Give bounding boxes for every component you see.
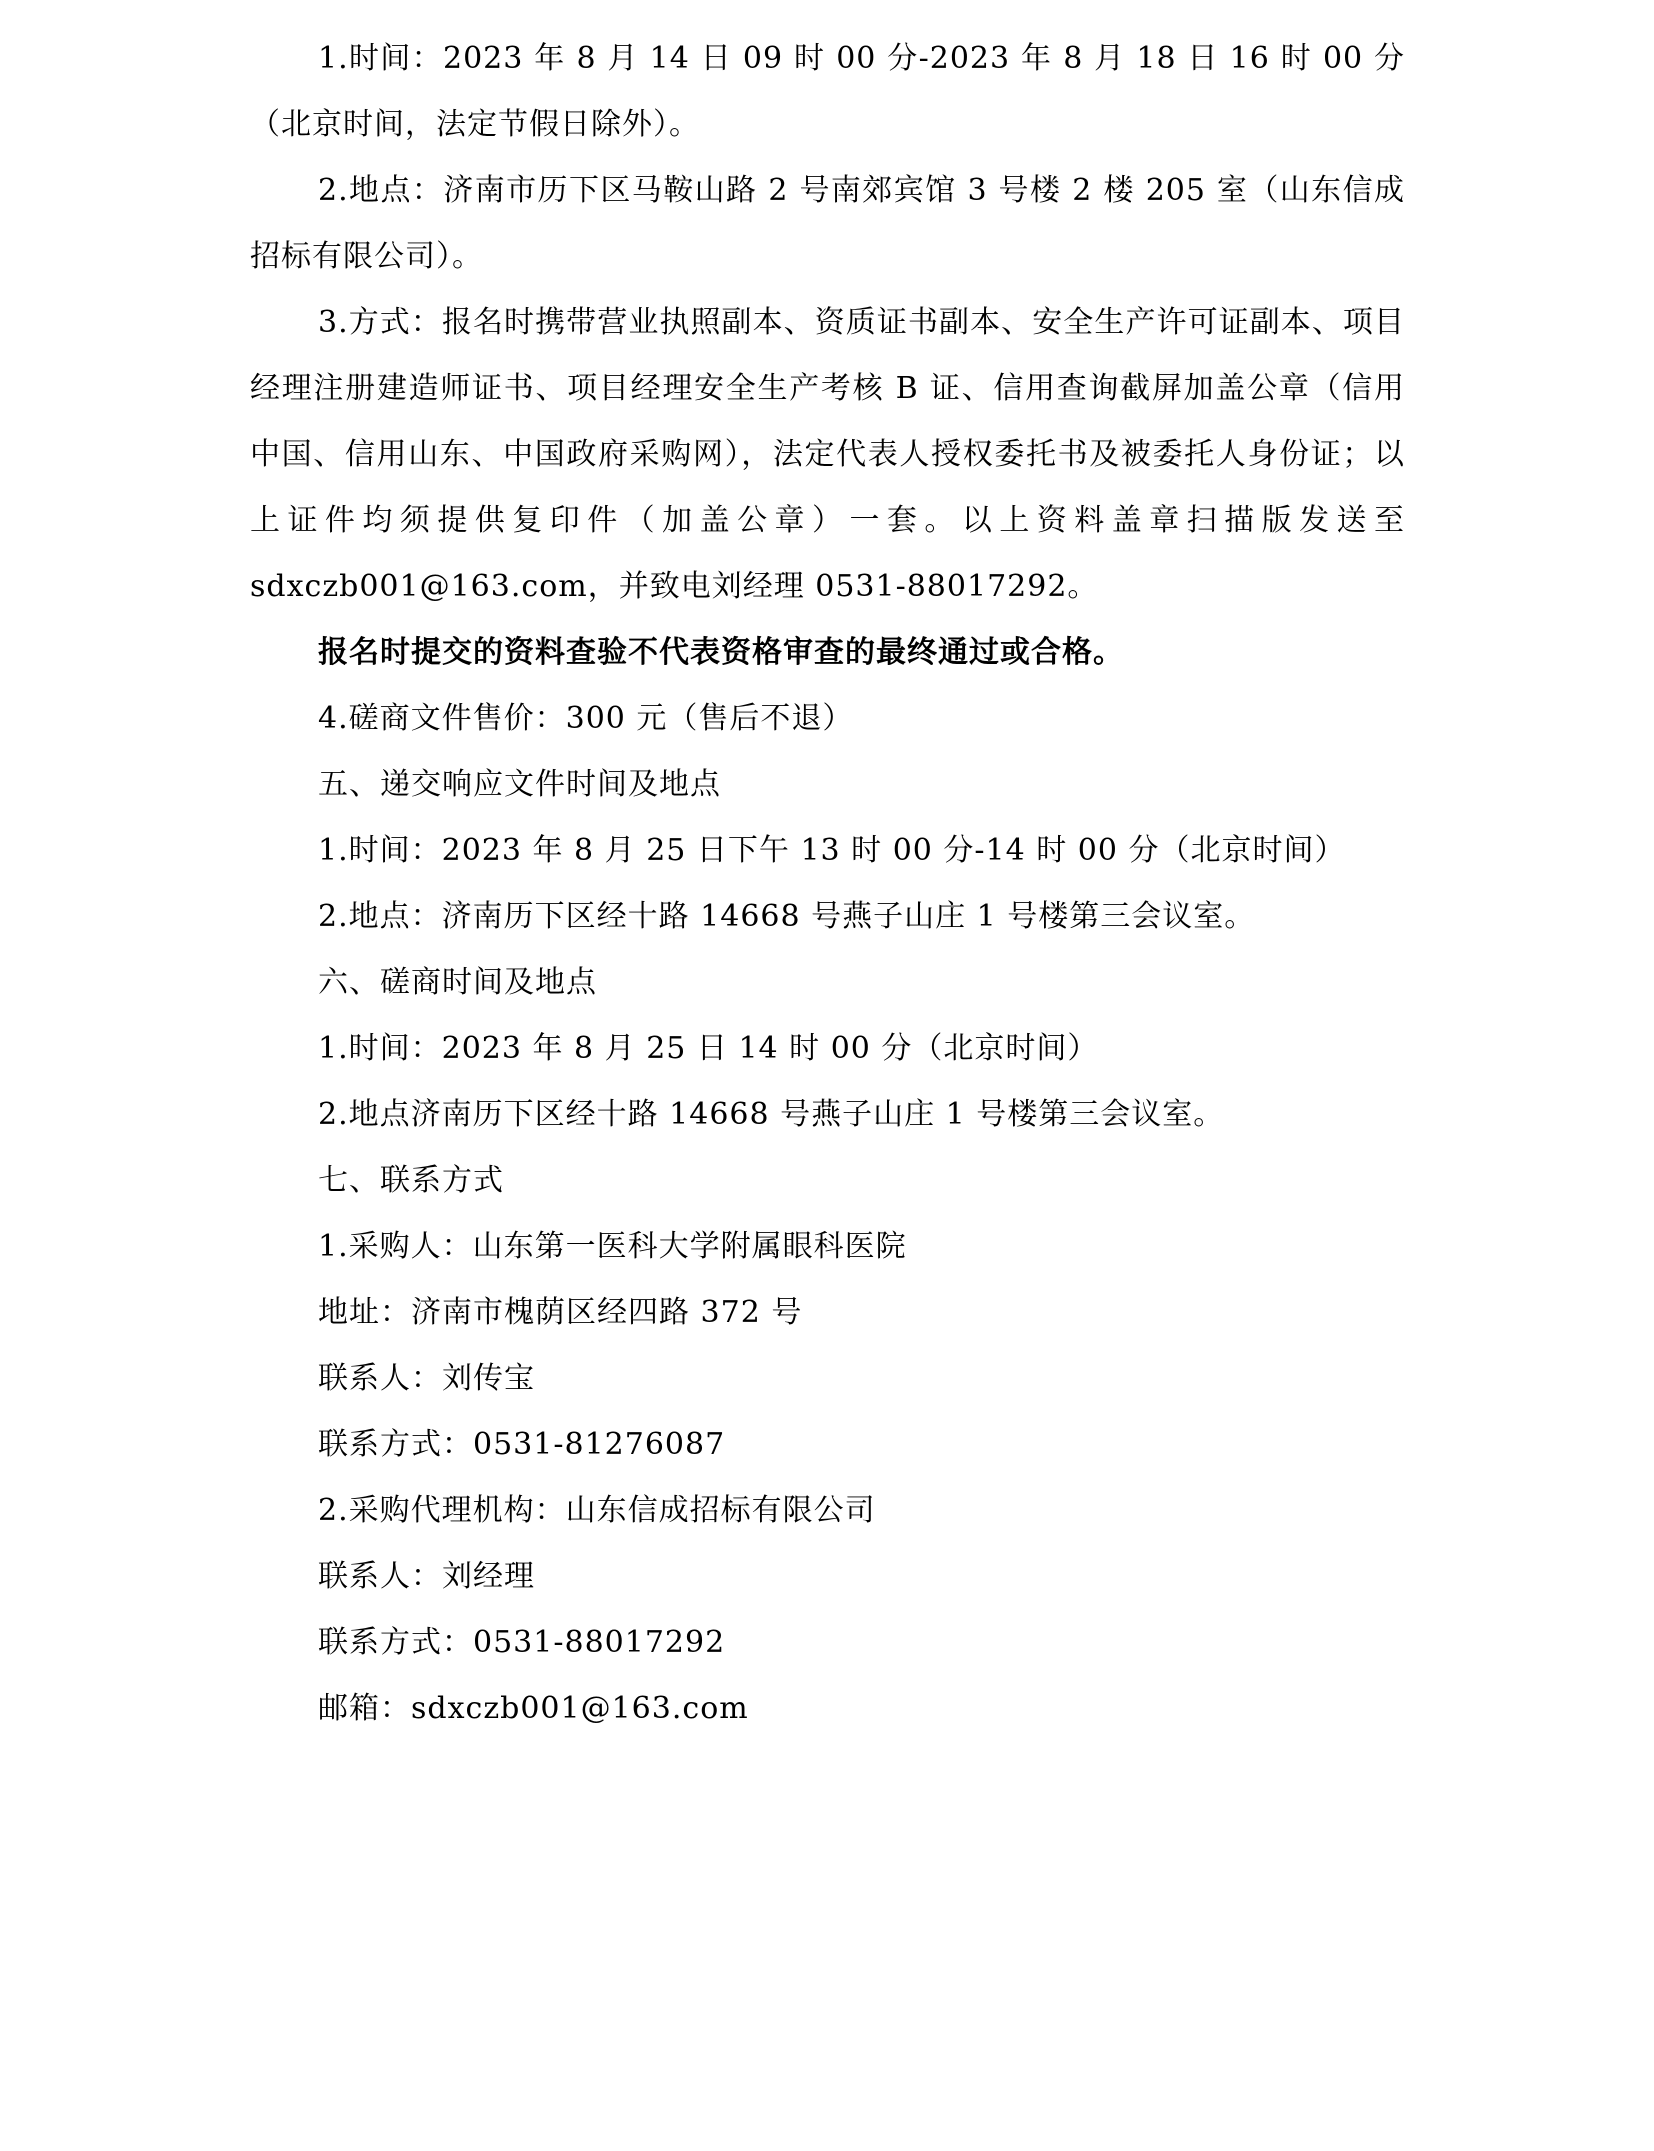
purchaser-address-paragraph: 地址：济南市槐荫区经四路 372 号 (250, 1280, 1405, 1346)
purchaser-phone-paragraph: 联系方式：0531-81276087 (250, 1412, 1405, 1478)
agency-email-paragraph: 邮箱：sdxczb001@163.com (250, 1676, 1405, 1742)
submission-location-paragraph: 2.地点：济南历下区经十路 14668 号燕子山庄 1 号楼第三会议室。 (250, 884, 1405, 950)
submission-time-paragraph: 1.时间：2023 年 8 月 25 日下午 13 时 00 分-14 时 00… (250, 818, 1405, 884)
section-6-heading: 六、磋商时间及地点 (250, 950, 1405, 1016)
section-7-heading: 七、联系方式 (250, 1148, 1405, 1214)
agency-name-paragraph: 2.采购代理机构：山东信成招标有限公司 (250, 1478, 1405, 1544)
registration-time-paragraph: 1.时间：2023 年 8 月 14 日 09 时 00 分-2023 年 8 … (250, 26, 1405, 158)
section-5-heading: 五、递交响应文件时间及地点 (250, 752, 1405, 818)
agency-contact-paragraph: 联系人：刘经理 (250, 1544, 1405, 1610)
agency-phone-paragraph: 联系方式：0531-88017292 (250, 1610, 1405, 1676)
registration-method-paragraph: 3.方式：报名时携带营业执照副本、资质证书副本、安全生产许可证副本、项目经理注册… (250, 290, 1405, 620)
registration-location-paragraph: 2.地点：济南市历下区马鞍山路 2 号南郊宾馆 3 号楼 2 楼 205 室（山… (250, 158, 1405, 290)
document-page: 1.时间：2023 年 8 月 14 日 09 时 00 分-2023 年 8 … (0, 0, 1654, 2151)
document-price-paragraph: 4.磋商文件售价：300 元（售后不退） (250, 686, 1405, 752)
qualification-notice-text: 报名时提交的资料查验不代表资格审查的最终通过或合格。 (250, 620, 1405, 686)
negotiation-time-paragraph: 1.时间：2023 年 8 月 25 日 14 时 00 分（北京时间） (250, 1016, 1405, 1082)
purchaser-contact-paragraph: 联系人：刘传宝 (250, 1346, 1405, 1412)
purchaser-name-paragraph: 1.采购人：山东第一医科大学附属眼科医院 (250, 1214, 1405, 1280)
negotiation-location-paragraph: 2.地点济南历下区经十路 14668 号燕子山庄 1 号楼第三会议室。 (250, 1082, 1405, 1148)
